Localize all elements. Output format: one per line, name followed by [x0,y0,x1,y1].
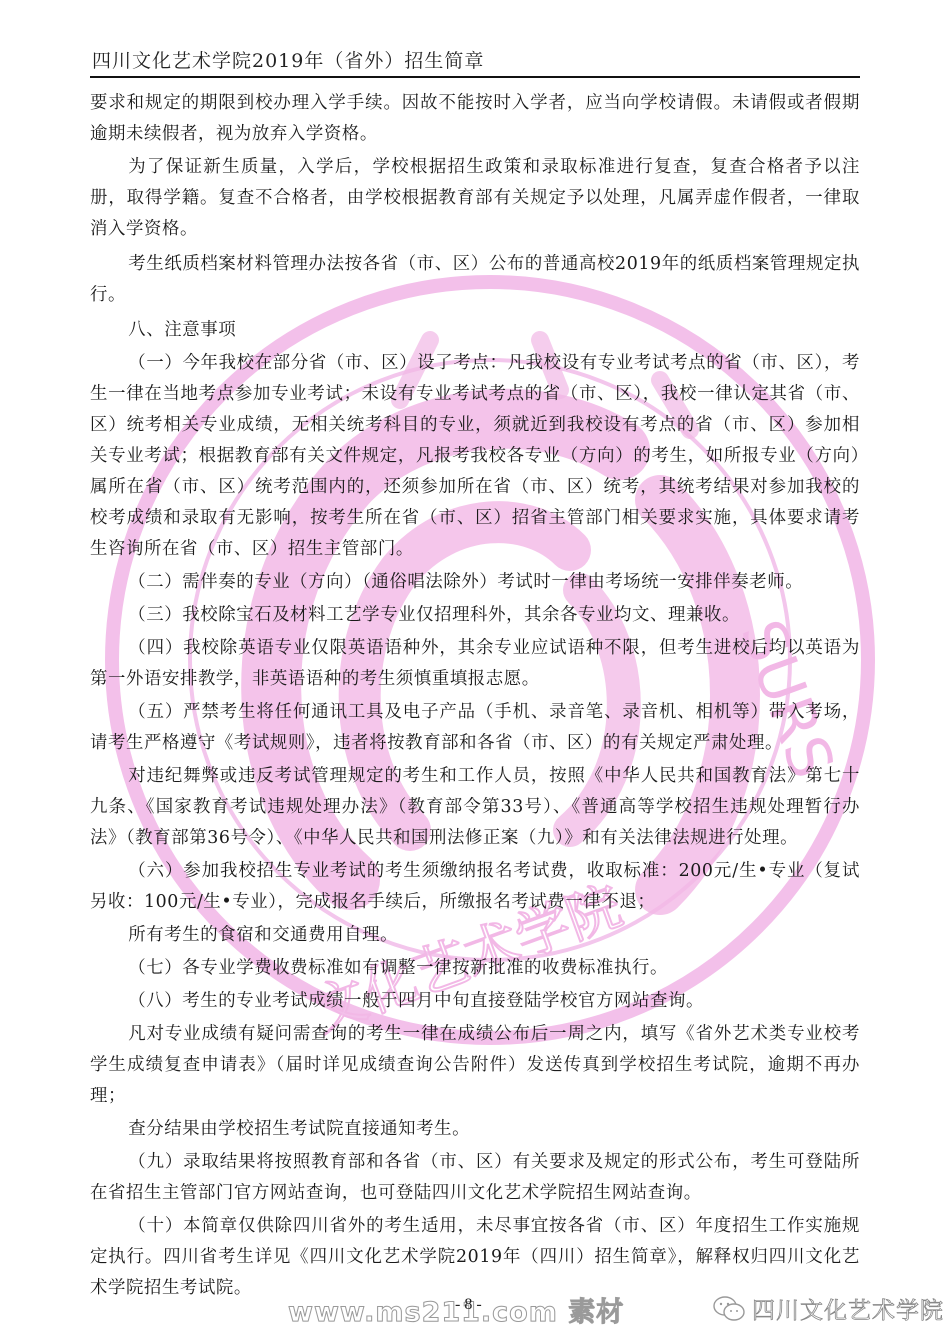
document-body: 要求和规定的期限到校办理入学手续。因故不能按时入学者，应当向学校请假。未请假或者… [90,88,860,1304]
wechat-account-watermark: 四川文化艺术学院 [712,1292,944,1325]
paragraph: （五）严禁考生将任何通讯工具及电子产品（手机、录音笔、录音机、相机等）带入考场，… [90,697,860,759]
paragraph: 要求和规定的期限到校办理入学手续。因故不能按时入学者，应当向学校请假。未请假或者… [90,88,860,150]
paragraph: （四）我校除英语专业仅限英语语种外，其余专业应试语种不限，但考生进校后均以英语为… [90,633,860,695]
page-header: 四川文化艺术学院2019年（省外）招生简章 [90,40,860,78]
paragraph: 查分结果由学校招生考试院直接通知考生。 [90,1114,860,1145]
paragraph: （七）各专业学费收费标准如有调整一律按新批准的收费标准执行。 [90,953,860,984]
paragraph: （一）今年我校在部分省（市、区）设了考点：凡我校设有专业考试考点的省（市、区），… [90,348,860,565]
section-heading: 八、注意事项 [90,315,860,346]
paragraph: 所有考生的食宿和交通费用自理。 [90,920,860,951]
paragraph: 对违纪舞弊或违反考试管理规定的考生和工作人员，按照《中华人民共和国教育法》第七十… [90,761,860,854]
page-number: - 8 - [455,1296,482,1314]
paragraph: （六）参加我校招生专业考试的考生须缴纳报名考试费，收取标准：200元/生•专业（… [90,856,860,918]
paragraph: （三）我校除宝石及材料工艺学专业仅招理科外，其余各专业均文、理兼收。 [90,600,860,631]
paragraph: 考生纸质档案材料管理办法按各省（市、区）公布的普通高校2019年的纸质档案管理规… [90,249,860,311]
document-title: 四川文化艺术学院2019年（省外）招生简章 [92,46,484,73]
paragraph: （九）录取结果将按照教育部和各省（市、区）有关要求及规定的形式公布，考生可登陆所… [90,1147,860,1209]
paragraph: 为了保证新生质量，入学后，学校根据招生政策和录取标准进行复查，复查合格者予以注册… [90,152,860,245]
wechat-icon [712,1295,746,1323]
paragraph: （二）需伴奏的专业（方向）（通俗唱法除外）考试时一律由考场统一安排伴奏老师。 [90,567,860,598]
paragraph: （八）考生的专业考试成绩一般于四月中旬直接登陆学校官方网站查询。 [90,986,860,1017]
wechat-account-name: 四川文化艺术学院 [752,1292,944,1325]
paragraph: 凡对专业成绩有疑问需查询的考生一律在成绩公布后一周之内，填写《省外艺术类专业校考… [90,1019,860,1112]
page-footer: www.ms211.com 素材 - 8 - 四川文化艺术学院 [0,1290,950,1340]
